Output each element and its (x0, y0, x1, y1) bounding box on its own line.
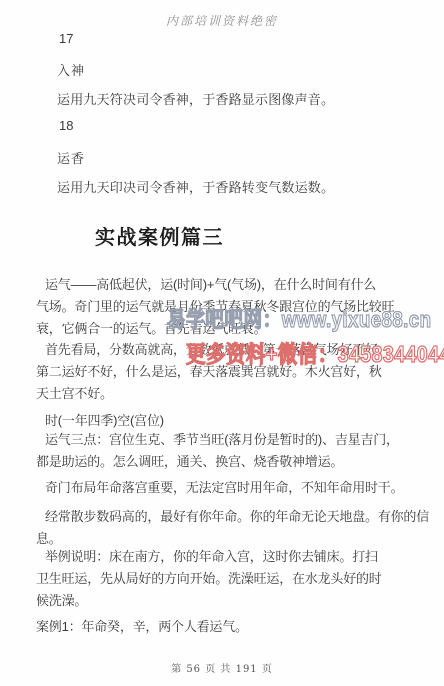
item-title-17: 入神 (57, 60, 85, 79)
paragraph-qimen-layout: 奇门布局年命落宫重要，无法定宫时用年命，不知年命用时干。 (36, 477, 438, 499)
paragraph-example: 举例说明：床在南方，你的年命入宫，这时你去铺床。打扫卫生旺运，先从局好的方向开始… (36, 546, 438, 612)
item-number-17: 17 (59, 31, 73, 46)
paragraph-luck-intro: 运气——高低起伏，运(时间)+气(气场)，在什么时间有什么气场。奇门里的运气就是… (36, 274, 438, 340)
paragraph-first-look-ju: 首先看局，分数高就高，分数低就低，第一落宫气场好不好，第二运好不好，什么是运，春… (36, 339, 438, 405)
item-title-18: 运香 (57, 148, 85, 167)
document-page: 内部培训资料绝密 17 入神 运用九天符决司令香神，于香路显示图像声音。 18 … (0, 0, 444, 686)
paragraph-case1: 案例1：年命癸，辛，两个人看运气。 (36, 616, 438, 638)
item-desc-18: 运用九天印决司令香神，于香路转变气数运数。 (57, 177, 334, 196)
item-desc-17: 运用九天符决司令香神，于香路显示图像声音。 (57, 89, 334, 108)
page-number-footer: 第 56 页 共 191 页 (0, 660, 444, 675)
page-header: 内部培训资料绝密 (0, 12, 444, 29)
item-number-18: 18 (59, 118, 73, 133)
paragraph-walking-number: 经常散步数码高的，最好有你年命。你的年命无论天地盘。有你的信息。 (36, 506, 438, 550)
section-title: 实战案例篇三 (95, 221, 224, 250)
paragraph-luck-three: 运气三点：宫位生克、季节当旺(落月份是暂时的)、吉星吉门，都是助运的。怎么调旺，… (36, 429, 438, 473)
